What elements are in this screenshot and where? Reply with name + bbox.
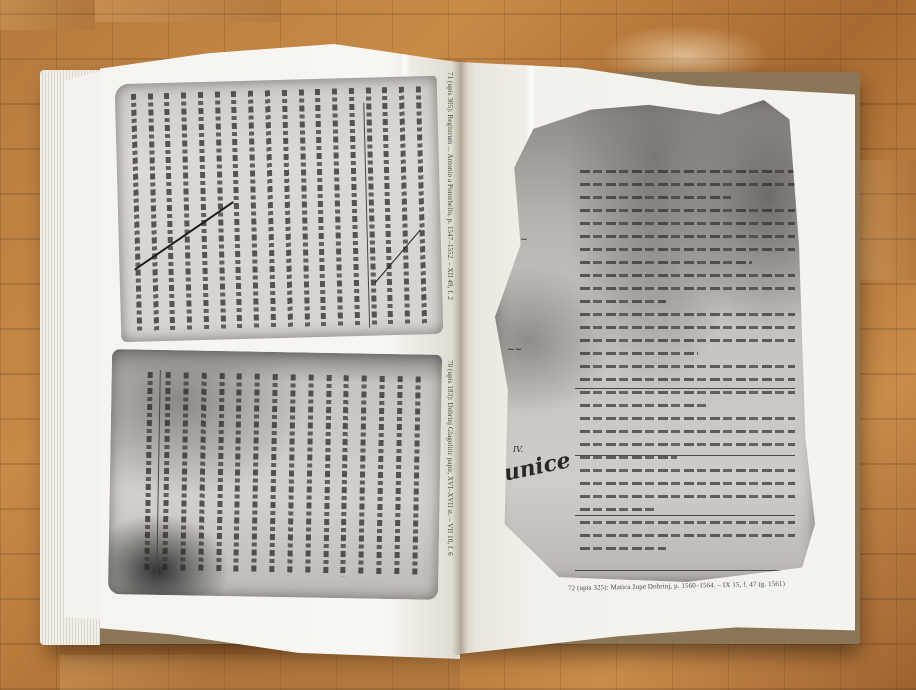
book-gutter (452, 60, 468, 655)
ruled-line (575, 570, 795, 571)
ruled-line (575, 388, 795, 389)
ruled-line (575, 515, 795, 516)
handwriting-rows (580, 170, 795, 542)
margin-note: ~~ (507, 345, 522, 355)
manuscript-figure-71 (115, 76, 444, 342)
margin-note-large: Junice (495, 447, 573, 489)
caption-figure-71: 71 (upis 305): Registrum ... Antonio a P… (446, 72, 454, 300)
manuscript-figure-70 (108, 349, 442, 600)
open-book: 71 (upis 305): Registrum ... Antonio a P… (0, 0, 916, 690)
handwriting-columns (125, 86, 433, 332)
handwriting-columns (138, 372, 426, 578)
ruled-line (575, 455, 795, 456)
caption-figure-70: 70 (upis 183): Dobrinj Glagolitic papir,… (446, 360, 454, 556)
manuscript-figure-72: ~~~ ~~ Junice IV. (495, 100, 815, 582)
margin-note-numeral: IV. (513, 445, 523, 454)
